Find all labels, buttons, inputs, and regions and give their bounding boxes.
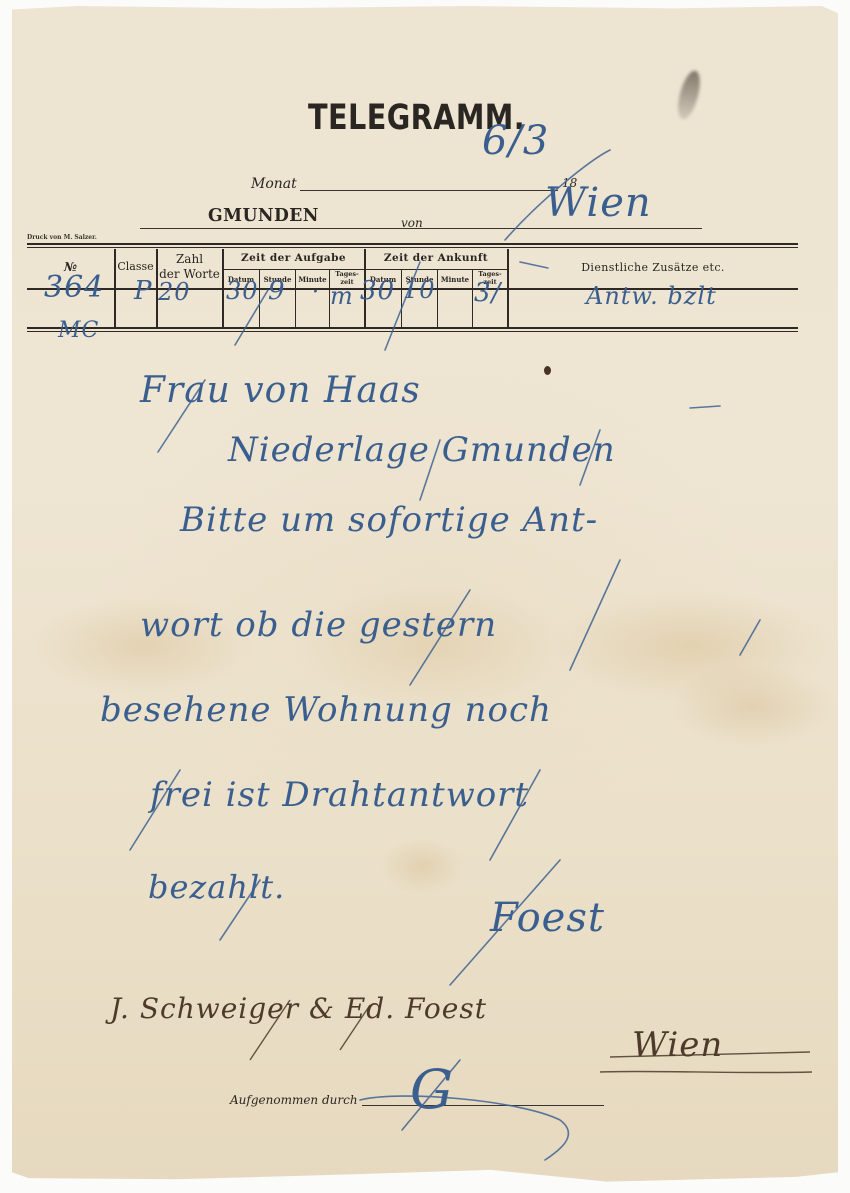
message-line-1: Frau von Haas — [140, 370, 421, 411]
col-divider — [507, 249, 509, 327]
entry-dispatch-date: 30 — [226, 277, 259, 305]
ink-speck — [544, 366, 551, 375]
sub-arrival-minute: Minute — [438, 276, 472, 283]
sender-city: Wien — [632, 1025, 723, 1065]
header-dispatch-time: Zeit der Aufgabe — [223, 253, 364, 264]
entry-dispatch-time-of-day: m — [330, 282, 354, 310]
entry-class: P — [134, 276, 153, 306]
sub-dispatch-tod-1: Tages- — [330, 271, 364, 278]
header-word-count-1: Zahl — [157, 253, 222, 266]
entry-service-notes: Antw. bzlt — [586, 282, 717, 310]
sub-arrival-tod-1: Tages- — [473, 271, 507, 278]
entry-number: 364 — [44, 270, 104, 305]
entry-word-count: 20 — [158, 278, 191, 306]
sender-name: J. Schweiger & Ed. Foest — [110, 992, 487, 1025]
table-top-rule — [27, 243, 798, 248]
from-label: von — [401, 216, 423, 230]
received-by-initial: G — [410, 1058, 454, 1121]
header-arrival-time: Zeit der Ankunft — [365, 253, 507, 264]
printer-credit: Druck von M. Salzer. — [27, 234, 97, 241]
entry-arrival-time-of-day: 3/ — [474, 278, 501, 308]
message-line-7: bezahlt. — [148, 868, 285, 906]
message-line-4: wort ob die gestern — [140, 605, 497, 645]
station-name: GMUNDEN — [208, 205, 319, 226]
group-subrule — [222, 269, 507, 270]
entry-number-sub: MC — [58, 318, 99, 343]
message-line-5: besehene Wohnung noch — [100, 690, 552, 730]
entry-arrival-date: 30 — [360, 276, 395, 306]
month-rule — [300, 190, 558, 191]
received-by-rule — [362, 1105, 604, 1106]
message-line-6: frei ist Drahtantwort — [150, 775, 529, 815]
month-label: Monat — [251, 176, 297, 192]
header-class: Classe — [115, 261, 156, 273]
annotation-handwritten: 6/3 — [482, 118, 549, 164]
table-bottom-rule — [27, 327, 798, 332]
message-line-2: Niederlage Gmunden — [228, 430, 616, 470]
entry-arrival-hour: 10 — [403, 276, 436, 304]
entry-dispatch-minute: · — [312, 280, 320, 305]
entry-dispatch-hour: 9 — [268, 276, 286, 306]
received-by-label: Aufgenommen durch — [230, 1093, 358, 1107]
from-city-handwritten: Wien — [545, 180, 652, 226]
message-line-3: Bitte um sofortige Ant- — [180, 500, 598, 540]
message-signature: Foest — [490, 895, 605, 941]
header-service-notes: Dienstliche Zusätze etc. — [508, 262, 798, 274]
